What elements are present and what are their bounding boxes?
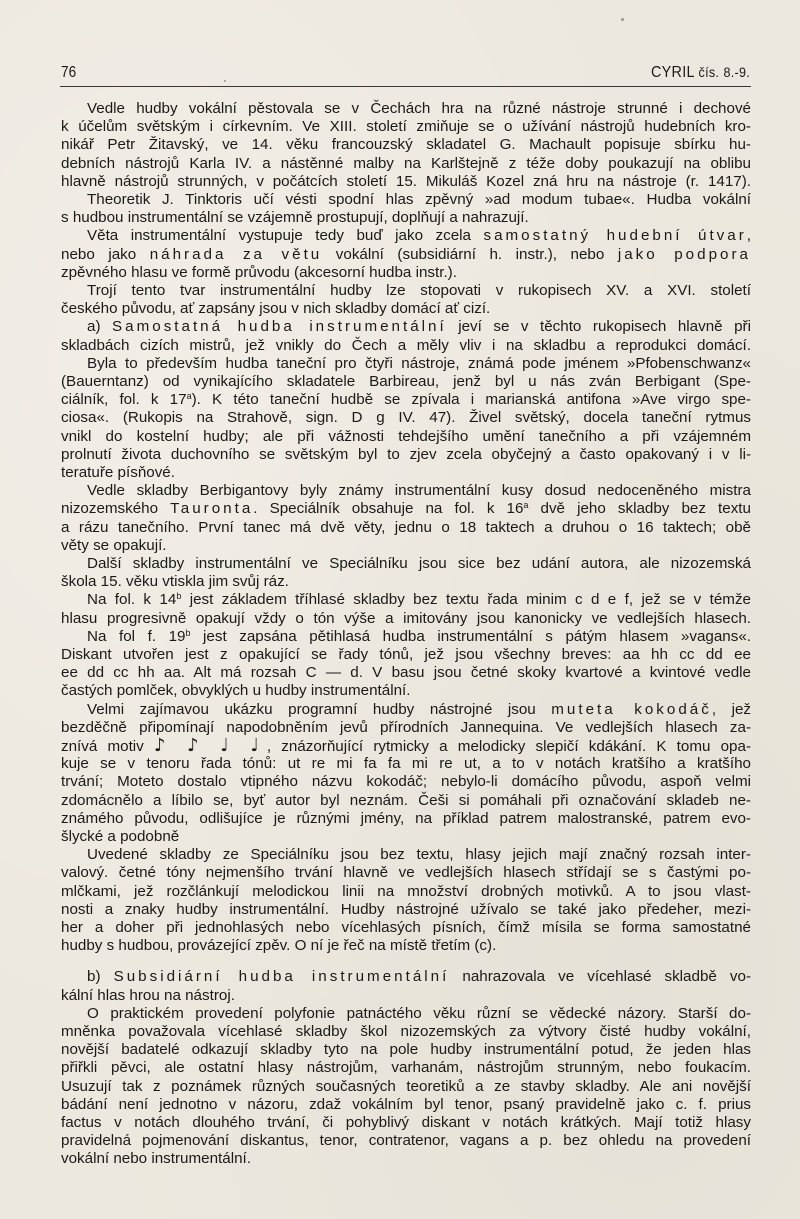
text-line: častých pomlček, obvyklých u hudby instr… bbox=[61, 682, 751, 700]
text-line: prolnutí života duchovního se světským b… bbox=[61, 446, 751, 464]
text-line: škola 15. věku vtiskla jim svůj ráz. bbox=[61, 573, 751, 591]
text-line: Na fol f. 19b jest zapsána pětihlasá hud… bbox=[87, 628, 751, 646]
page-number: 76 bbox=[61, 64, 76, 82]
text-line: ciosa«. (Rukopis na Strahově, sign. D g … bbox=[61, 409, 751, 427]
text-run: ciálník, fol. k 17 bbox=[61, 391, 187, 408]
text-line: Vedle hudby vokální pěstovala se v Čechá… bbox=[87, 100, 751, 118]
text-line: pravidelná pojmenování diskantus, tenor,… bbox=[61, 1132, 751, 1150]
text-run: . Speciálník obsahuje na fol. k 16 bbox=[253, 500, 523, 517]
text-run: , jež bbox=[712, 701, 751, 718]
text-line: Na fol. k 14b jest základem tříhlasé skl… bbox=[87, 591, 751, 609]
text-line: a rázu tanečního. První tanec má dvě vět… bbox=[61, 519, 751, 537]
text-line: Byla to především hudba taneční pro čtyř… bbox=[87, 355, 751, 373]
spaced-emphasis: muteta kokodáč bbox=[551, 701, 712, 718]
issue-number: 8.-9. bbox=[723, 64, 750, 80]
text-line: Usuzují tak z poznámek různých současnýc… bbox=[61, 1078, 751, 1096]
text-run: dvě jeho skladby bez textu bbox=[528, 500, 751, 517]
text-line: novější badatelé odkazují skladby tyto n… bbox=[61, 1041, 751, 1059]
text-line: kální hlas hrou na nástroj. bbox=[61, 987, 751, 1005]
text-line: nebo jako náhrada za větu vokální (subsi… bbox=[61, 246, 751, 264]
text-line: her a doher při jednohlasých nebo vícehl… bbox=[61, 919, 751, 937]
spaced-emphasis: náhrada za větu bbox=[150, 246, 323, 263]
text-line: s hudbou instrumentální se vzájemně pros… bbox=[61, 209, 751, 227]
spaced-emphasis: samostatný hudební útvar bbox=[483, 227, 746, 244]
text-line: valový. četné tóny nejmenšího trvání hla… bbox=[61, 864, 751, 882]
spaced-emphasis: Tauronta bbox=[170, 500, 253, 517]
text-line: debních nástrojů Karla IV. a nástěnné ma… bbox=[61, 155, 751, 173]
text-run: ). K této taneční hudbě se zpívala i mar… bbox=[192, 391, 751, 408]
text-line: skladbách cizích mistrů, jež vnikly do Č… bbox=[61, 337, 751, 355]
text-line: Diskant utvořen jest z opakující se řady… bbox=[61, 646, 751, 664]
text-run: nahrazovala ve vícehlasé skladbě vo- bbox=[449, 968, 751, 985]
text-line: O praktickém provedení polyfonie patnáct… bbox=[87, 1005, 751, 1023]
text-line: Velmi zajímavou ukázku programní hudby n… bbox=[87, 701, 751, 719]
text-run: Na fol f. 19 bbox=[87, 628, 185, 645]
text-line: nikář Petr Žitavský, ve 14. věku francou… bbox=[61, 136, 751, 154]
text-line: (Bauerntanz) od vynikajícího skladatele … bbox=[61, 373, 751, 391]
text-run: vokální (subsidiární h. instr.), nebo bbox=[322, 246, 618, 263]
journal-title: CYRIL čís. 8.-9. bbox=[651, 64, 750, 82]
text-run: , bbox=[747, 227, 751, 244]
text-line: Trojí tento tvar instrumentální hudby lz… bbox=[87, 282, 751, 300]
text-line: bádání není jednotno v názoru, zdaž voká… bbox=[61, 1096, 751, 1114]
text-line: k účelům světským i církevním. Ve XIII. … bbox=[61, 118, 751, 136]
text-line: šlycké a podobně bbox=[61, 828, 751, 846]
text-line: Uvedené skladby ze Speciálníku jsou bez … bbox=[87, 846, 751, 864]
text-line: zpěvného hlasu ve formě průvodu (akcesor… bbox=[61, 264, 751, 282]
text-run: nebo jako bbox=[61, 246, 150, 263]
text-line: hlasu progresivně opakují vždy o tón výš… bbox=[61, 610, 751, 628]
text-run: , znázorňující rytmicky a melodicky slep… bbox=[267, 738, 751, 755]
text-line: teratuře písňové. bbox=[61, 464, 751, 482]
text-line: českého původu, ať zapsány jsou v nich s… bbox=[61, 300, 751, 318]
text-line: ee dd cc hh aa. Alt má rozsah C — d. V b… bbox=[61, 664, 751, 682]
text-run: a) bbox=[87, 318, 112, 335]
text-line: trvání; Moteto dostalo vtipného názvu ko… bbox=[61, 773, 751, 791]
spaced-emphasis: Subsidiární hudba instrumentální bbox=[114, 968, 450, 985]
text-line: Theoretik J. Tinktoris učí vésti spodní … bbox=[87, 191, 751, 209]
text-run: Věta instrumentální vystupuje tedy buď j… bbox=[87, 227, 483, 244]
spaced-emphasis: Samostatná hudba instrumentální bbox=[112, 318, 447, 335]
text-run: jest základem tříhlasé skladby bez textu… bbox=[181, 591, 751, 608]
issue-label: čís. bbox=[698, 64, 719, 80]
text-line: znívá motiv ♪ ♪ ♩ ♩, znázorňující rytmic… bbox=[61, 737, 751, 755]
text-run: Velmi zajímavou ukázku programní hudby n… bbox=[87, 701, 551, 718]
journal-name: CYRIL bbox=[651, 64, 694, 81]
text-line: mněnka považovala vícehlasé skladby škol… bbox=[61, 1023, 751, 1041]
text-line: hlavně nástrojů strunných, v počátcích s… bbox=[61, 173, 751, 191]
scan-speck bbox=[621, 18, 624, 21]
text-line: věty se opakují. bbox=[61, 537, 751, 555]
music-notes-icon: ♪ ♪ ♩ ♩ bbox=[154, 735, 267, 756]
text-line: zdomácnělo a líbilo se, byť autor byl ne… bbox=[61, 792, 751, 810]
text-line: Věta instrumentální vystupuje tedy buď j… bbox=[87, 227, 751, 245]
text-line: přiřkli pěvci, ale ostatní hlasy nástroj… bbox=[61, 1059, 751, 1077]
text-run: jest zapsána pětihlasá hudba instrumentá… bbox=[190, 628, 751, 645]
text-line: nizozemského Tauronta. Speciálník obsahu… bbox=[61, 500, 751, 518]
running-header: 76 CYRIL čís. 8.-9. bbox=[60, 64, 751, 87]
text-line: hudby s hudbou, provázející zpěv. O ní j… bbox=[61, 937, 751, 955]
text-line: mlčkami, jež rozčlánkují melodickou lini… bbox=[61, 883, 751, 901]
text-line: b) Subsidiární hudba instrumentální nahr… bbox=[87, 968, 751, 986]
text-line: nosti a znaky hudby instrumentální. Hudb… bbox=[61, 901, 751, 919]
text-line: Další skladby instrumentální ve Speciáln… bbox=[87, 555, 751, 573]
text-run: nizozemského bbox=[61, 500, 170, 517]
text-line: ciálník, fol. k 17a). K této taneční hud… bbox=[61, 391, 751, 409]
spaced-emphasis: jako podpora bbox=[618, 246, 751, 263]
text-line: známého původu, odlišujíce je různými jm… bbox=[61, 810, 751, 828]
text-line: vnikl do kostelní hudby; ale při vážnost… bbox=[61, 428, 751, 446]
text-line: vokální nebo instrumentální. bbox=[61, 1150, 751, 1168]
text-line: factus v notách dlouhého trvání, či pohy… bbox=[61, 1114, 751, 1132]
text-run: jeví se v těchto rukopisech hlavně při bbox=[447, 318, 751, 335]
text-run: znívá motiv bbox=[61, 738, 154, 755]
text-run: b) bbox=[87, 968, 114, 985]
text-run: Na fol. k 14 bbox=[87, 591, 176, 608]
text-line: Vedle skladby Berbigantovy byly známy in… bbox=[87, 482, 751, 500]
text-line: kuje se v tenoru řada tónů: ut re mi fa … bbox=[61, 755, 751, 773]
scan-speck bbox=[224, 80, 226, 82]
text-line: a) Samostatná hudba instrumentální jeví … bbox=[87, 318, 751, 336]
